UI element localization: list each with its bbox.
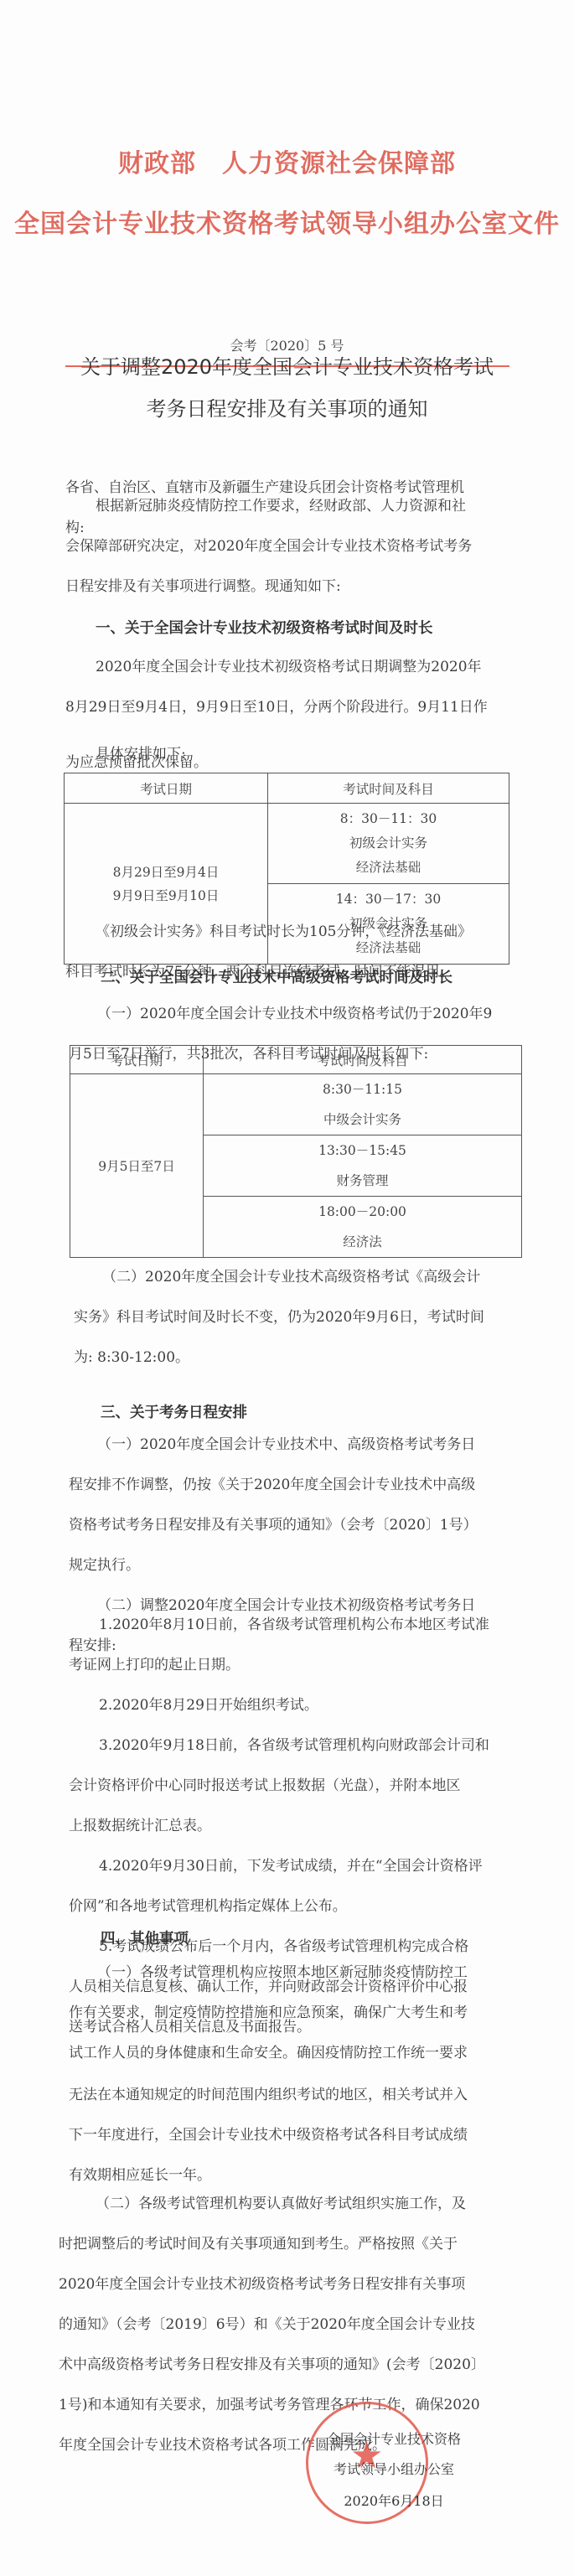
table-header-date: 考试日期 [70,1046,204,1074]
text-line: 作有关要求，制定疫情防控措施和应急预案，确保广大考生和考 [69,1993,513,2033]
text-line: 程安排不作调整，仍按《关于2020年度全国会计专业技术中高级 [69,1465,513,1505]
table-header-time: 考试时间及科目 [204,1046,522,1074]
text-line: 下一年度进行，全国会计专业技术中级资格考试各科目考试成绩 [69,2115,513,2155]
table-header-time: 考试时间及科目 [268,773,509,804]
section-1-heading: 一、关于全国会计专业技术初级资格考试时间及时长 [96,617,433,638]
section-4-sub-2: （二）各级考试管理机构要认真做好考试组织实施工作，及 时把调整后的考试时间及有关… [59,2184,515,2465]
table-cell-session: 13:30－15:45 财务管理 [204,1135,522,1197]
text-line: （二）各级考试管理机构要认真做好考试组织实施工作，及 [59,2184,515,2224]
text-line: 为: 8:30-12:00。 [74,1337,518,1378]
text-line: 的通知》（会考〔2019〕6号）和《关于2020年度全国会计专业技 [59,2304,515,2345]
session-subject: 初级会计实务 [268,831,509,856]
date-line: 9月9日至9月10日 [65,884,267,908]
signature-date: 2020年6月18日 [293,2491,494,2510]
text-line: 1号)和本通知有关要求，加强考试考务管理各环节工作，确保2020 [59,2385,515,2425]
text-line: 8月29日至9月4日，9月9日至10日，分两个阶段进行。9月11日作 [65,687,509,727]
intermediate-exam-table: 考试日期 考试时间及科目 9月5日至7日 8:30－11:15 中级会计实务 1… [70,1045,522,1258]
session-subject: 财务管理 [204,1166,521,1196]
text-line: 规定执行。 [69,1545,513,1585]
date-line: 8月29日至9月4日 [65,861,267,884]
session-subject: 中级会计实务 [204,1104,521,1135]
list-item: 2.2020年8月29日开始组织考试。 [69,1685,513,1725]
text-line: （一）2020年度全国会计专业技术中、高级资格考试考务日 [69,1425,513,1465]
table-cell-date: 9月5日至7日 [70,1074,204,1258]
text-line: 《初级会计实务》科目考试时长为105分钟，《经济法基础》 [65,912,509,952]
section-4-sub-1: （一）各级考试管理机构应按照本地区新冠肺炎疫情防控工 作有关要求，制定疫情防控措… [69,1953,513,2196]
intro-line: 根据新冠肺炎疫情防控工作要求，经财政部、人力资源和社 [65,486,509,526]
text-line: （二）2020年度全国会计专业技术高级资格考试《高级会计 [74,1257,518,1297]
text-line: 试工作人员的身体健康和生命安全。确因疫情防控工作统一要求 [69,2033,513,2073]
section-2-sub-2: （二）2020年度全国会计专业技术高级资格考试《高级会计 实务》科目考试时间及时… [74,1257,518,1378]
text-line: （一）2020年度全国会计专业技术中级资格考试仍于2020年9 [69,994,513,1034]
text-line: 资格考试考务日程安排及有关事项的通知》（会考〔2020〕1号） [69,1505,513,1545]
signature-line-2: 考试领导小组办公室 [293,2459,494,2478]
session-time: 14：30－17：30 [268,887,509,912]
list-item-cont: 价网”和各地考试管理机构指定媒体上公布。 [69,1886,513,1927]
text-line: 2020年度全国会计专业技术初级资格考试日期调整为2020年 [65,647,509,687]
text-line: 术中高级资格考试考务日程安排及有关事项的通知》(会考〔2020〕 [59,2345,515,2385]
intro-line: 会保障部研究决定，对2020年度全国会计专业技术资格考试考务 [65,526,509,566]
session-subject: 经济法 [204,1227,521,1257]
table-cell-session: 18:00－20:00 经济法 [204,1197,522,1258]
title-line-1: 关于调整2020年度全国会计专业技术资格考试 [0,350,574,380]
text-line: 2020年度全国会计专业技术初级资格考试考务日程安排有关事项 [59,2264,515,2304]
issuer-line-2: 全国会计专业技术资格考试领导小组办公室文件 [0,203,574,240]
table-lead: 具体安排如下: [96,734,540,774]
list-item: 4.2020年9月30日前，下发考试成绩，并在“全国会计资格评 [69,1846,513,1886]
intro-paragraph: 根据新冠肺炎疫情防控工作要求，经财政部、人力资源和社 会保障部研究决定，对202… [65,486,509,607]
title-line-2: 考务日程安排及有关事项的通知 [0,392,574,422]
table-cell-session: 8:30－11:15 中级会计实务 [204,1074,522,1135]
text-line: 时把调整后的考试时间及有关事项通知到考生。严格按照《关于 [59,2224,515,2264]
issuer-line-1: 财政部 人力资源社会保障部 [0,142,574,179]
table-cell-session: 8：30－11：30 初级会计实务 经济法基础 [268,804,509,884]
text-line: 无法在本通知规定的时间范围内组织考试的地区，相关考试并入 [69,2075,513,2115]
list-item-cont: 上报数据统计汇总表。 [69,1806,513,1846]
list-item: 3.2020年9月18日前，各省级考试管理机构向财政部会计司和 [69,1725,513,1766]
session-time: 8:30－11:15 [204,1074,521,1104]
intro-line: 日程安排及有关事项进行调整。现通知如下: [65,566,509,607]
session-time: 18:00－20:00 [204,1197,521,1227]
section-2-heading: 二、关于全国会计专业技术中高级资格考试时间及时长 [101,966,452,987]
session-time: 8：30－11：30 [268,807,509,831]
list-item-cont: 会计资格评价中心同时报送考试上报数据（光盘），并附本地区 [69,1766,513,1806]
section-3-heading: 三、关于考务日程安排 [101,1401,247,1422]
section-4-heading: 四、其他事项 [101,1927,189,1948]
session-time: 13:30－15:45 [204,1135,521,1166]
table-header-date: 考试日期 [65,773,268,804]
list-item-cont: 考证网上打印的起止日期。 [69,1645,513,1685]
session-subject: 经济法基础 [268,856,509,880]
signature-line-1: 全国会计专业技术资格 [293,2429,494,2448]
text-line: （一）各级考试管理机构应按照本地区新冠肺炎疫情防控工 [69,1953,513,1993]
list-item: 1.2020年8月10日前，各省级考试管理机构公布本地区考试准 [69,1605,513,1645]
text-line: 实务》科目考试时间及时长不变，仍为2020年9月6日，考试时间 [74,1297,518,1337]
